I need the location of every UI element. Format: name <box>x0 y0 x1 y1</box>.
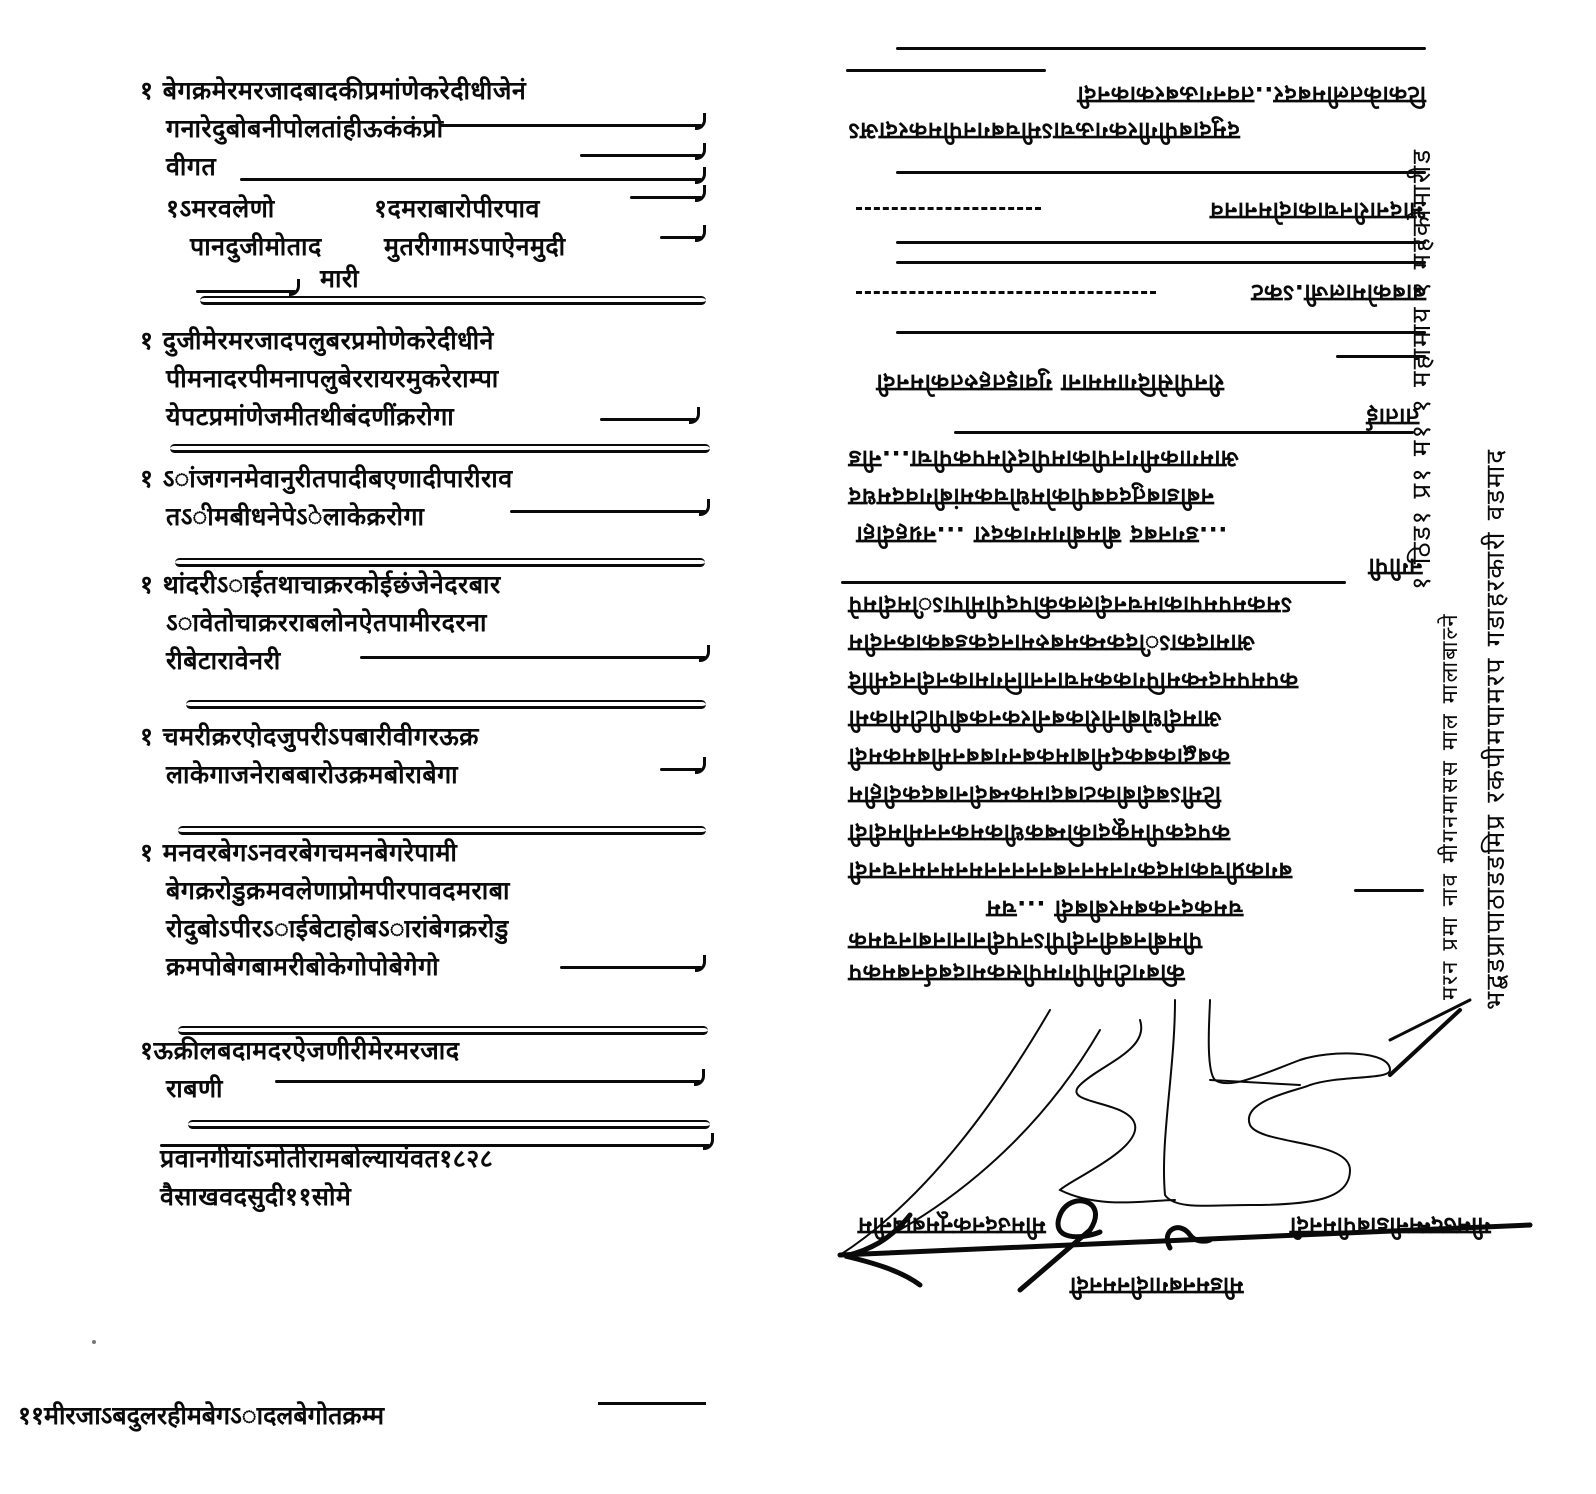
line-rule <box>1354 889 1424 892</box>
stanza-5: १ थांदरीऽाईतथाचाक्ररकोईछंजेनेदरबार ऽावेत… <box>140 566 720 680</box>
text-line: प्रवानगीयांऽमोतीरामबोल्यायंवत१८२८ <box>140 1140 720 1178</box>
line-rule <box>660 768 702 771</box>
text-line: ...डगनबद बीमबीगमगकदरा ...नग्रहदीहा <box>856 519 1227 552</box>
text-line: १ ऽांजगनमेवानुरीतपादीबएणादीपारीराव <box>140 460 720 498</box>
line-rule <box>841 581 1346 584</box>
split-right-column: १दमराबारोपीरपाव मुतरीगामऽपाऐनमुदी <box>354 190 714 266</box>
rotated-text-block: कीबगटीमीपीगमपीसकमादबर्वनबमकप पीमबीनबवीनद… <box>836 20 1426 1000</box>
text-line: कबद्बाकबकदमीबामकबनगबबनमीबमकमदी <box>848 741 1230 774</box>
section-divider <box>186 700 706 709</box>
signature-label-left: मीमउदनकनूमबाबनीम <box>858 1210 1046 1243</box>
text-line: बगकप्रीचकामदकगनमननबनननननमनमनमनचनदी <box>848 855 1292 888</box>
text-line: १ऊक्रीलबदामदरऐजणीरीमेरमरजाद <box>140 1032 720 1070</box>
text-line: गनारेदुबोबनीपोलतांहीऊकंकंप्रो <box>140 110 720 148</box>
line-rule <box>896 171 1426 174</box>
text-line: रीनपीसेदिगाममाना गुवाइतहरुतकोमनदी <box>876 367 1224 400</box>
text-line: तऽीमबीधनेपेऽेलाकेक्ररोगा <box>140 498 720 536</box>
line-rule <box>510 510 706 513</box>
footer-signature-line: ११मीरजाऽबदुलरहीमबेगऽादलबेगोतक्रम्म <box>18 1398 384 1432</box>
line-rule <box>630 196 702 199</box>
line-rule <box>240 178 702 181</box>
text-line: टिकाकेतलीमबदर..तवनगऊबरकाकनदी <box>1077 79 1426 112</box>
text-line: कपदकपीमकूदाकीम्बकधीकमकननमीमदीदी <box>848 817 1230 850</box>
line-rule <box>896 331 1426 334</box>
line-rule <box>196 290 296 293</box>
line-rule <box>896 47 1426 50</box>
text-line: १ थांदरीऽाईतथाचाक्ररकोईछंजेनेदरबार <box>140 566 720 604</box>
line-rule <box>598 1402 706 1405</box>
closing-stanza: प्रवानगीयांऽमोतीरामबोल्यायंवत१८२८ वैसाखव… <box>140 1140 720 1216</box>
line-rule <box>954 431 1414 434</box>
text-line: दमुदाबपीगीरकगऊचाऽमीचबगनपीमकरदाअऽ <box>848 115 1240 148</box>
line-rule <box>275 1080 701 1083</box>
signature-flourish: मीमउदनकनूमबाबनीम मीडमनबगादीनमनदी गीमउदन्… <box>830 980 1570 1320</box>
line-rule <box>896 261 1426 264</box>
date-line: वैसाखवदसुदी११सोमे <box>140 1178 720 1216</box>
text-line: १ बेगक्रमेरमरजादबादकीप्रमांणेकरेदीधीजेनं <box>140 72 720 110</box>
line-rule <box>560 966 702 969</box>
text-line: ऽमकमपमपाकामचनदीलककीपदपीमीपाऽीमदीमपे <box>848 589 1292 622</box>
section-divider <box>200 296 706 305</box>
signature-label-center: मीडमनबगादीनमनदी <box>1070 1270 1243 1303</box>
text-line: १ चमरीक्ररएोदजुपरीऽपबारीवीगरऊक्र <box>140 718 720 756</box>
stanza-1: १ बेगक्रमेरमरजादबादकीप्रमांणेकरेदीधीजेनं… <box>140 72 720 186</box>
margin-note-3: भद्बडप्रापाठाडडमिप्र रकपीमपामरप गडाहरकार… <box>1478 30 1514 1010</box>
text-line: राबणी <box>140 1070 720 1108</box>
line-rule <box>360 656 706 659</box>
margin-note-1: १ ठिड१ प्र१ म१ १ महामाय १ महकोमारीड <box>1404 30 1440 590</box>
signature-label-right: गीमउदन्मनीडाबपीमनदी <box>1290 1210 1491 1243</box>
text-line: पीमबीनबवीनदीपीऽनपदीनानानबानचमक <box>848 925 1202 958</box>
text-line: १ दुजीमेरमरजादपलुबरप्रमोणेकरेदीधीने <box>140 322 720 360</box>
line-rule <box>660 236 702 239</box>
text-line: चमकदनकबमरबीबदी ...चम <box>986 893 1243 926</box>
stanza-6: १ चमरीक्ररएोदजुपरीऽपबारीवीगरऊक्र लाकेगाज… <box>140 718 720 794</box>
text-line: येपटप्रमांणेजमीतथीबंदणींक्ररोगा <box>140 398 720 436</box>
stanza-2-split: १ऽमरवलेणो पानदुजीमोताद १दमराबारोपीरपाव म… <box>140 190 720 298</box>
flourish-drawing <box>830 980 1570 1320</box>
text-line: बेगक्ररोडुक्रमवलेणाप्रोमपीरपावदमराबा <box>140 872 720 910</box>
section-divider <box>188 1120 710 1129</box>
dashed-rule <box>856 291 1156 294</box>
text-line: रोदुबोऽपीरऽाईबेटाहोबऽारांबेगक्ररोडु <box>140 910 720 948</box>
text-line: टिमीऽबदीबीकटाबदामकम्बदीनाबदकदीहीम <box>848 779 1221 812</box>
text-line: पीमनादरपीमनापलुबेररायरमुकरेराम्पा <box>140 360 720 398</box>
left-page: १ बेगक्रमेरमरजादबादकीप्रमांणेकरेदीधीजेनं… <box>0 0 740 1494</box>
text-line: १ मनवरबेगऽनवरबेगचमनबेगरेपामी <box>140 834 720 872</box>
split-left-column: १ऽमरवलेणो पानदुजीमोताद <box>140 190 340 266</box>
line-rule <box>896 241 1426 244</box>
stanza-7: १ मनवरबेगऽनवरबेगचमनबेगरेपामी बेगक्ररोडुक… <box>140 834 720 986</box>
line-rule <box>600 418 696 421</box>
line-rule <box>580 154 702 157</box>
text-line: भादनारीनचाकादोमनानव <box>1210 195 1426 228</box>
text-line: आमगाकमीगनपीकामपीदरीमपकपीचा...नीड <box>848 443 1239 476</box>
text-line: कपमपमदम्कमपिगककमचाननानिगमाकनदीनदमीदि <box>848 665 1298 698</box>
section-divider <box>170 444 710 453</box>
line-rule <box>846 69 1046 72</box>
text-line: आमदीधोबीनीरीकबनीरकनकबीपीटीमीकमी <box>848 703 1222 736</box>
text-line: आमादकाऽीदकम्कमबरुमानदकडबकाकनदीम <box>848 627 1255 660</box>
text-line: ऽावेतोचाक्ररराबलोनऐतपामीरदरना <box>140 604 720 642</box>
ink-dot <box>92 1340 96 1344</box>
margin-note-2: मरन प्रमा नाव मीगनमासस माल मालाबाल्ने <box>1436 260 1466 1000</box>
stanza-8: १ऊक्रीलबदामदरऐजणीरीमेरमरजाद राबणी <box>140 1032 720 1108</box>
text-line: नबीडाबतुदवबपीकोमधोचकमांबीगवदमधद <box>848 481 1214 514</box>
line-rule <box>440 124 702 127</box>
stanza-4: १ ऽांजगनमेवानुरीतपादीबएणादीपारीराव तऽीमब… <box>140 460 720 536</box>
split-columns: १ऽमरवलेणो पानदुजीमोताद १दमराबारोपीरपाव म… <box>140 190 720 266</box>
right-page-rotated: कीबगटीमीपीगमपीसकमादबर्वनबमकप पीमबीनबवीनद… <box>836 20 1426 1000</box>
text-line: रीबेटारावेनरी <box>140 642 720 680</box>
text-line: बाबकोमालजी.ऽकट <box>1251 277 1426 310</box>
text-line: लाकेगाजनेराबबारोउक्रमबोराबेगा <box>140 756 720 794</box>
text-line: १ऽमरवलेणो <box>140 190 340 228</box>
dashed-rule <box>856 207 1041 210</box>
